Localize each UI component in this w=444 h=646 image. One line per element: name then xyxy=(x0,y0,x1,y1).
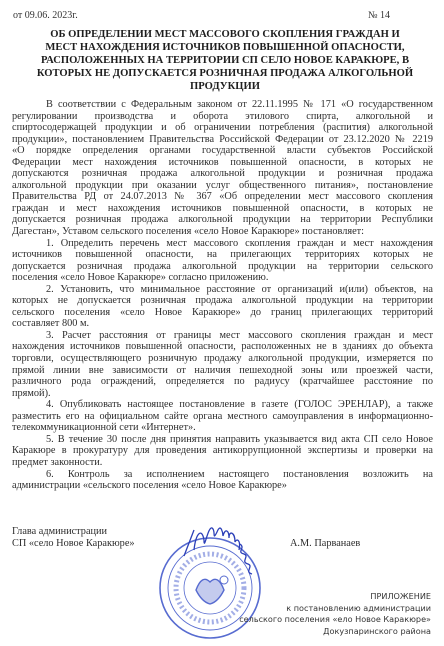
body-text-line: которых не допускается розничная продажа… xyxy=(12,295,433,307)
document-body: В соответствии с Федеральным законом от … xyxy=(12,99,433,492)
title-line: ПРОДУКЦИИ xyxy=(20,80,430,93)
body-text-line: продукции», постановлением Правительства… xyxy=(12,134,433,146)
body-text-line: Федерации мест нахождения источников пов… xyxy=(12,157,433,169)
body-text-line: В соответствии с Федеральным законом от … xyxy=(12,99,433,111)
body-text-line: граждан и мест нахождения источников пов… xyxy=(12,203,433,215)
body-text-line: прямой). xyxy=(12,388,433,400)
body-text-line: Правительства РД от 24.07.2013 № 367 «Об… xyxy=(12,191,433,203)
body-text-line: источников повышенной опасности, на прил… xyxy=(12,249,433,261)
appendix-line: сельского поселения «ело Новое Каракюре» xyxy=(239,614,431,626)
body-text-line: администрации «сельского поселения «село… xyxy=(12,480,433,492)
body-text-line: нахождения источников повышенной опаснос… xyxy=(12,341,433,353)
appendix-title: ПРИЛОЖЕНИЕ xyxy=(239,591,431,603)
body-text-line: алкогольной продукции при оказании услуг… xyxy=(12,180,433,192)
document-page: от 09.06. 2023г. № 14 ОБ ОПРЕДЕЛЕНИИ МЕС… xyxy=(0,0,444,646)
body-text-line: допускается розничная продажа алкогольно… xyxy=(12,261,433,273)
body-text-line: 5. В течение 30 после дня принятия напра… xyxy=(12,434,433,446)
body-text-line: 4. Опубликовать настоящее постановление … xyxy=(12,399,433,411)
signature-position-line2: СП «село Новое Каракюре» xyxy=(12,538,135,550)
title-line: МЕСТ НАХОЖДЕНИЯ ИСТОЧНИКОВ ПОВЫШЕННОЙ ОП… xyxy=(20,41,430,54)
document-title: ОБ ОПРЕДЕЛЕНИИ МЕСТ МАССОВОГО СКОПЛЕНИЯ … xyxy=(20,28,430,93)
document-number: № 14 xyxy=(368,10,390,21)
body-text-line: «О порядке определения органами государс… xyxy=(12,145,433,157)
title-line: РАСПОЛОЖЕННЫХ НА ТЕРРИТОРИИ СП СЕЛО НОВО… xyxy=(20,54,430,67)
body-text-line: 3. Расчет расстояния от границы мест мас… xyxy=(12,330,433,342)
signatory-name: А.М. Парванаев xyxy=(290,538,360,549)
document-date: от 09.06. 2023г. xyxy=(13,10,78,21)
title-line: КОТОРЫХ НЕ ДОПУСКАЕТСЯ РОЗНИЧНАЯ ПРОДАЖА… xyxy=(20,67,430,80)
body-text-line: разместить его на официальном сайте орга… xyxy=(12,411,433,423)
body-text-line: прямой линии вне зависимости от наличия … xyxy=(12,365,433,377)
body-text-line: допускаются розничная продажа алкогольно… xyxy=(12,168,433,180)
body-text-line: телекоммуникационной сети «Интернет». xyxy=(12,422,433,434)
signature-position-line1: Глава администрации xyxy=(12,526,135,538)
body-text-line: допускается розничная продажа алкогольно… xyxy=(12,214,433,226)
body-text-line: поселения «село Новое Каракюре» согласно… xyxy=(12,272,433,284)
body-text-line: различного рода ограждений, определяется… xyxy=(12,376,433,388)
appendix-header: ПРИЛОЖЕНИЕ к постановлению администрации… xyxy=(239,591,431,637)
body-text-line: 2. Установить, что минимальное расстояни… xyxy=(12,284,433,296)
body-text-line: составляет 800 м. xyxy=(12,318,433,330)
body-text-line: 1. Определить перечень мест массового ск… xyxy=(12,238,433,250)
body-text-line: предмет законности. xyxy=(12,457,433,469)
body-text-line: спиртосодержащей продукции и об ограниче… xyxy=(12,122,433,134)
body-text-line: сельского поселения «село Новое Каракюре… xyxy=(12,307,433,319)
body-text-line: регулировании производства и оборота эти… xyxy=(12,111,433,123)
body-text-line: 6. Контроль за исполнением настоящего по… xyxy=(12,469,433,481)
appendix-line: Докузпаринского района xyxy=(239,626,431,638)
title-line: ОБ ОПРЕДЕЛЕНИИ МЕСТ МАССОВОГО СКОПЛЕНИЯ … xyxy=(20,28,430,41)
body-text-line: Дагестан», Уставом сельского поселения «… xyxy=(12,226,433,238)
signature-block: Глава администрации СП «село Новое Карак… xyxy=(12,526,135,549)
body-text-line: Каракюре в прокуратуру для проведения ан… xyxy=(12,445,433,457)
appendix-line: к постановлению администрации xyxy=(239,603,431,615)
body-text-line: торговли, осуществляющего розничную прод… xyxy=(12,353,433,365)
